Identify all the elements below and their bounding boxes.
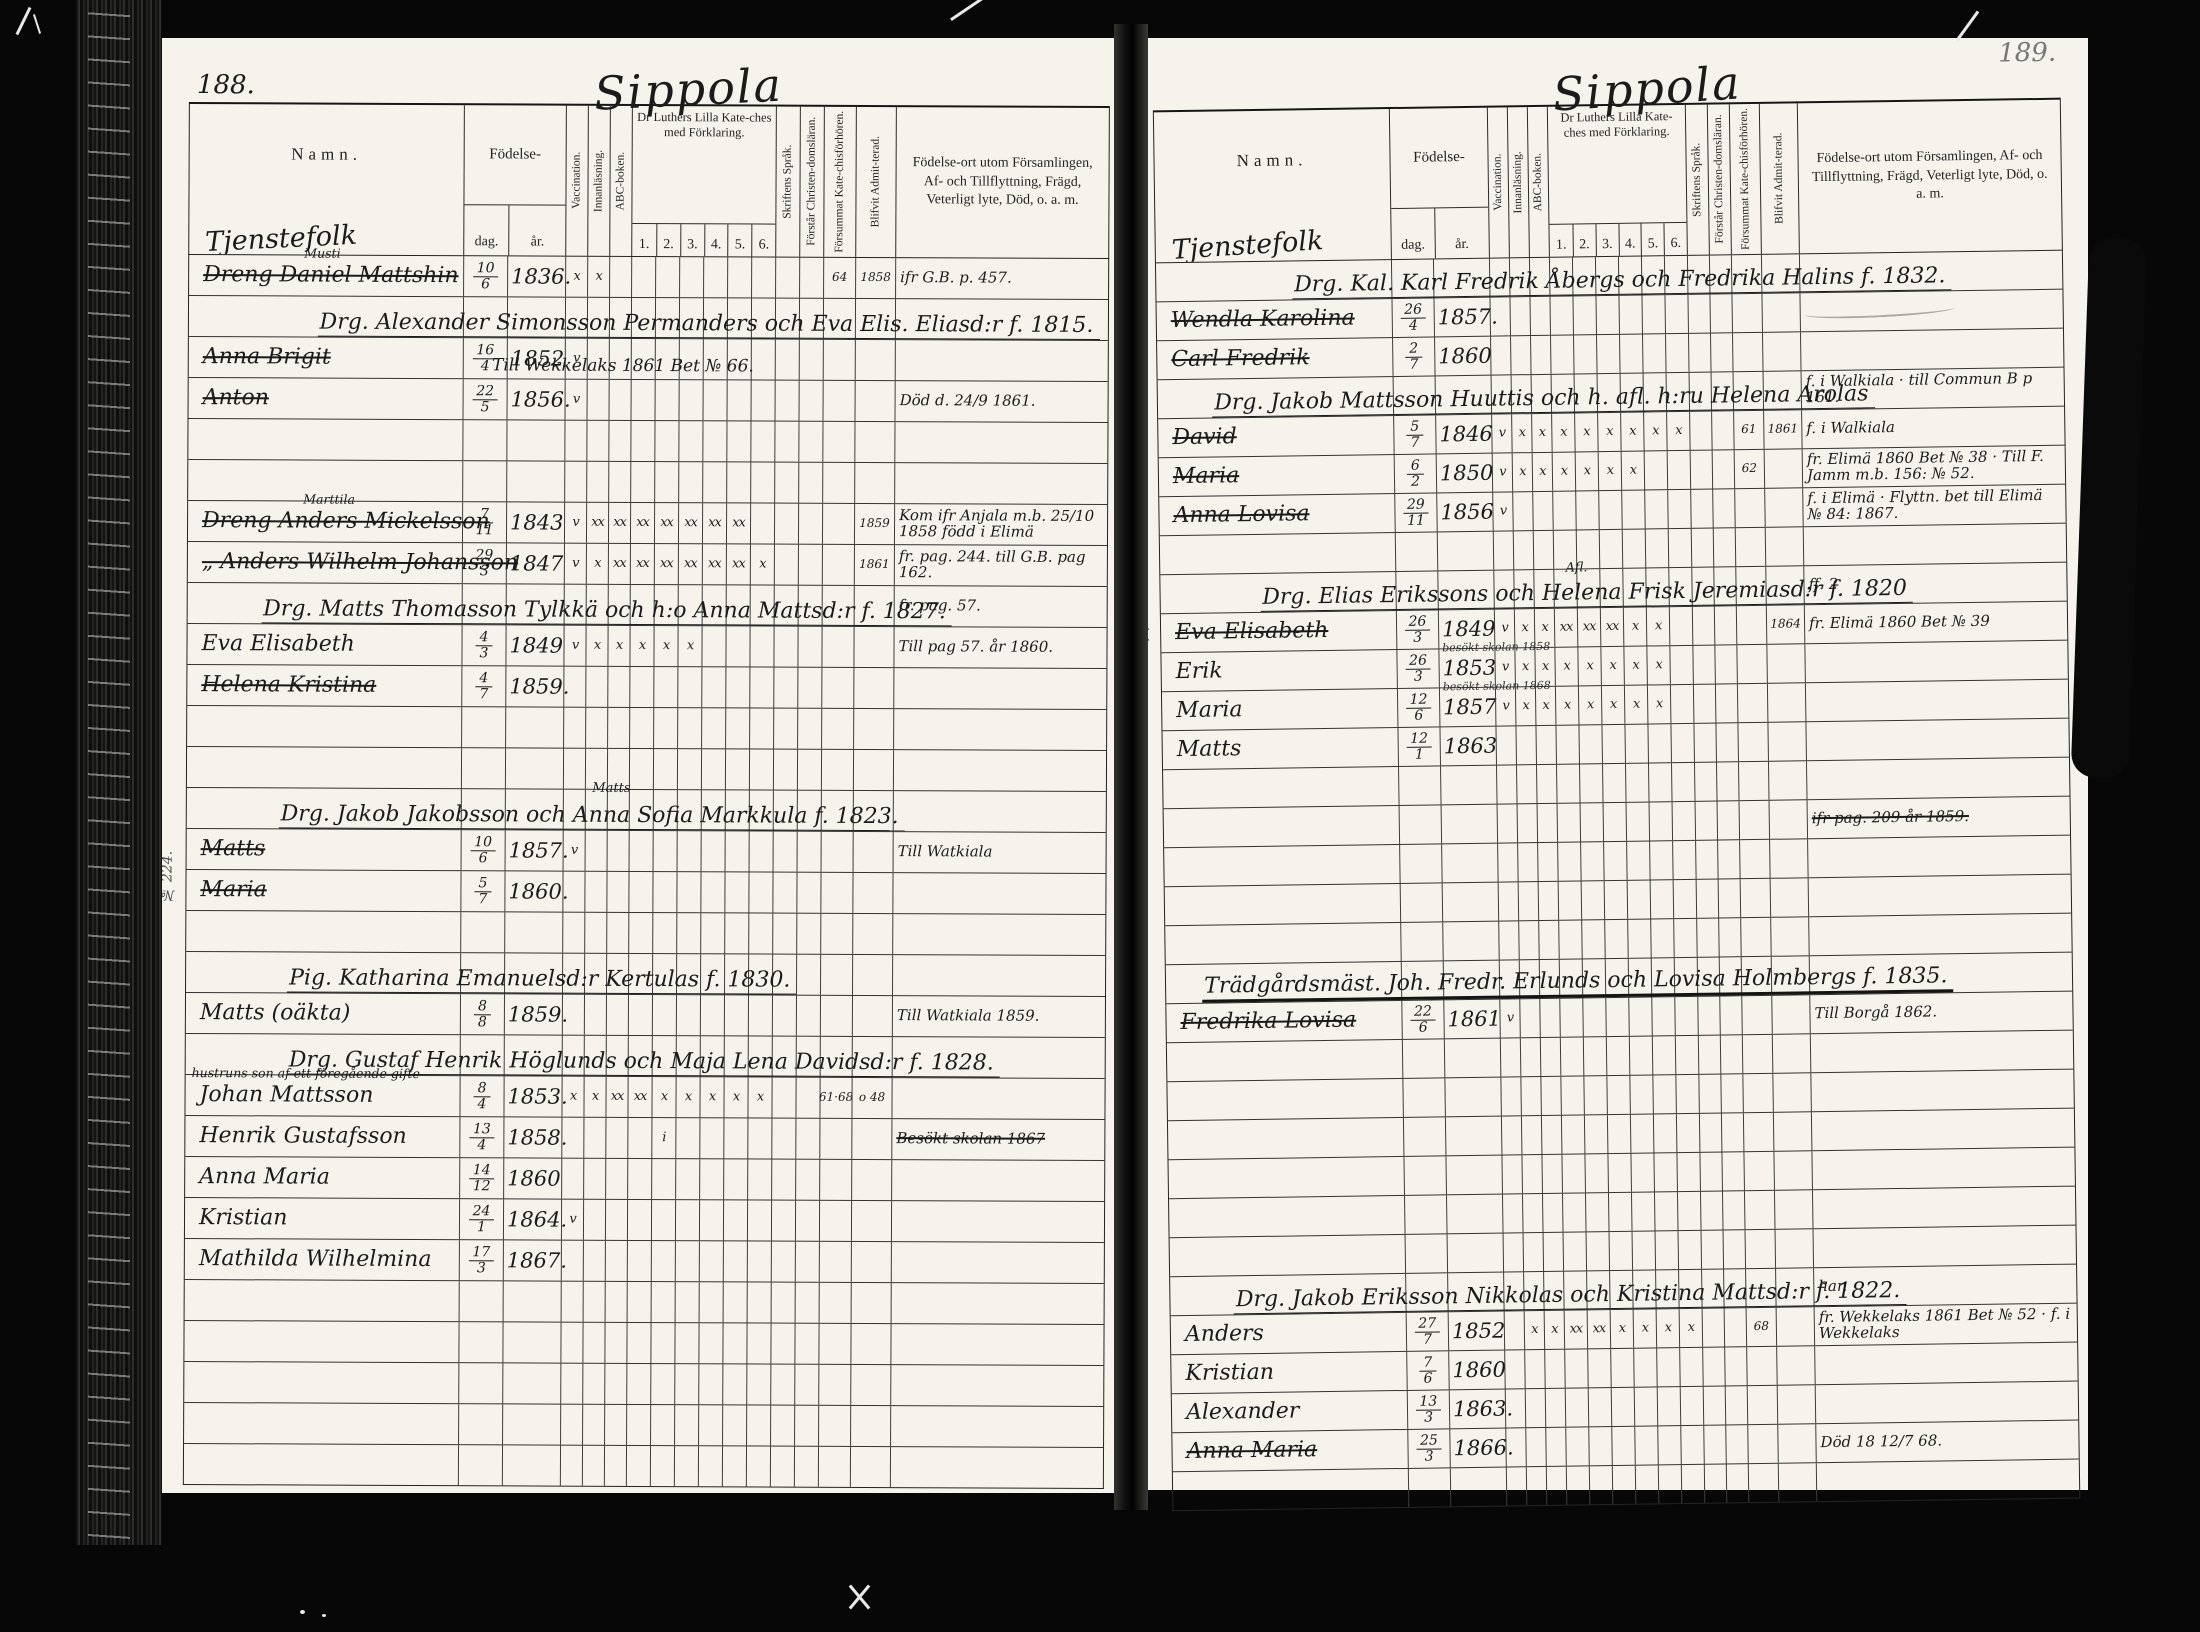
remark-cell: [890, 1406, 1103, 1447]
cell-forsummat: [1742, 1035, 1773, 1073]
birth-day: 26: [1404, 614, 1430, 630]
cell-kateches-4: [698, 1446, 722, 1486]
birth-year: 1859.: [508, 1002, 568, 1026]
cell-skriftens-sprak: [1703, 1425, 1726, 1463]
remark-cell: [1808, 875, 2072, 917]
cell-abc-boken: [1530, 336, 1551, 374]
cell-skriftens-sprak: [1698, 1075, 1721, 1113]
birth-day-fraction: 84: [474, 1081, 491, 1111]
cell-skriftens-sprak: [1689, 412, 1712, 450]
cell-abc-boken: [1529, 297, 1550, 335]
remark-cell: [1811, 1148, 2075, 1190]
cell-vaccination: [1497, 804, 1518, 842]
person-name: Matts: [1162, 730, 1241, 769]
cell-forstar: [796, 873, 820, 913]
family-header-text: Pig. Katharina Emanuelsd:r Kertulas f. 1…: [287, 965, 796, 994]
cell-forsummat: [1741, 996, 1772, 1034]
cell-vaccination: x: [561, 1077, 583, 1117]
cell-kateches-1: [626, 1405, 650, 1445]
cell-admitterad: [855, 340, 895, 380]
cell-kateches-4: [1629, 1075, 1653, 1113]
cell-forstar: [1718, 879, 1741, 917]
birth-year-cell: 1860: [503, 1158, 561, 1198]
cell-kateches-4: [1618, 296, 1642, 334]
birth-day: 13: [469, 1122, 495, 1138]
birth-day-cell: [1398, 766, 1441, 805]
birth-year: 1860: [1452, 1358, 1506, 1383]
birth-day: 8: [474, 999, 491, 1015]
cell-kateches-6: [1677, 1192, 1701, 1230]
cell-forsummat: [822, 545, 854, 585]
name-cell: [1165, 884, 1401, 925]
cell-kateches-3: [1603, 842, 1627, 880]
cell-kateches-1: [1564, 1349, 1588, 1387]
birth-day-cell: 241: [459, 1199, 503, 1239]
birth-year: 1849: [1442, 617, 1496, 642]
cell-admitterad: [1767, 722, 1806, 761]
family-header-row: Drg. Gustaf Henrik Höglunds och Maja Len…: [186, 1034, 1105, 1079]
birth-day-fraction: 62: [1407, 458, 1424, 489]
cell-kateches-2: [1572, 296, 1596, 334]
cell-innanlasning: [583, 1241, 605, 1281]
cell-kateches-6: [747, 1241, 771, 1281]
cell-admitterad: [1767, 683, 1806, 722]
cell-kateches-3: xx: [678, 544, 702, 584]
header-innanlasning: Innanläsning.: [1507, 107, 1529, 257]
cell-vaccination: [1504, 1311, 1525, 1349]
birth-day-cell: 62: [1394, 454, 1437, 493]
cell-kateches-6: [1676, 1114, 1700, 1152]
cell-admitterad: o 48: [851, 1078, 891, 1118]
person-name: Kristian: [185, 1198, 288, 1238]
cell-kateches-2: [1588, 1427, 1612, 1465]
cell-innanlasning: x: [586, 544, 608, 584]
cell-kateches-3: [1602, 764, 1626, 802]
cell-abc-boken: [604, 1364, 626, 1404]
cell-kateches-4: xx: [702, 544, 726, 584]
cell-vaccination: v: [561, 1200, 583, 1240]
birth-day: 14: [469, 1163, 495, 1179]
cell-kateches-5: [1649, 802, 1673, 840]
cell-kateches-6: [1669, 646, 1693, 684]
name-cell: Matts: [1162, 728, 1398, 769]
cell-innanlasning: [583, 1282, 605, 1322]
cell-admitterad: [1772, 1034, 1811, 1073]
cell-admitterad: [1762, 332, 1801, 371]
birth-day-fraction: 253: [1416, 1433, 1442, 1464]
cell-innanlasning: [1510, 336, 1531, 374]
cell-admitterad: [1774, 1190, 1813, 1229]
birth-day: 24: [469, 1204, 495, 1220]
cell-kateches-4: x: [1620, 413, 1644, 451]
birth-year-cell: [503, 1281, 561, 1321]
birth-day-cell: [1395, 532, 1438, 571]
birth-year: 1856.: [511, 387, 571, 411]
cell-kateches-5: [1657, 1387, 1681, 1425]
cell-skriftens-sprak: [771, 1283, 795, 1323]
cell-kateches-6: [1673, 919, 1697, 957]
person-row: Maria571860.: [186, 870, 1105, 915]
cell-vaccination: [561, 1282, 583, 1322]
cell-kateches-4: x: [699, 1077, 723, 1117]
cell-skriftens-sprak: [1702, 1308, 1725, 1346]
cell-innanlasning: [584, 913, 606, 953]
cell-admitterad: 1859: [854, 504, 894, 544]
cell-kateches-4: [1621, 491, 1645, 529]
ledger-page-right: Ref p. 224. Sippola 189. Namn. Tjenstefo…: [1136, 38, 2088, 1490]
birth-year-cell: [502, 1363, 560, 1403]
cell-forsummat: 64: [823, 258, 855, 298]
cell-kateches-2: [1579, 764, 1603, 802]
cell-kateches-5: x: [1647, 685, 1671, 723]
birth-day-cell: [1408, 1468, 1451, 1507]
cell-kateches-4: [699, 1200, 723, 1240]
remark-text: Till Watkiala 1859.: [897, 1008, 1040, 1024]
remark-cell: [890, 1447, 1103, 1488]
cell-kateches-4: [700, 995, 724, 1035]
cell-vaccination: [562, 995, 584, 1035]
header-abc-boken: ABC-boken.: [1527, 107, 1549, 257]
birth-day: 22: [1410, 1004, 1436, 1020]
cell-forsummat: [1745, 1230, 1776, 1268]
kateches-col-5: 5.: [728, 224, 752, 256]
cell-kateches-2: [1583, 1037, 1607, 1075]
cell-abc-boken: x: [1544, 1311, 1565, 1349]
cell-kateches-3: [677, 708, 701, 748]
person-name: Matts (oäkta): [186, 993, 351, 1034]
person-name: Dreng Anders Mickelsson: [188, 501, 490, 542]
cell-kateches-2: x: [651, 1077, 675, 1117]
birth-year-cell: [506, 461, 564, 501]
cell-admitterad: [853, 668, 893, 708]
cell-skriftens-sprak: [1704, 1464, 1727, 1502]
birth-day-cell: 121: [1397, 727, 1440, 766]
birth-year-cell: [1444, 1078, 1501, 1117]
header-namn: Namn.: [190, 144, 464, 165]
person-row: Mathilda Wilhelmina1731867.: [185, 1239, 1104, 1284]
cell-kateches-2: [1588, 1388, 1612, 1426]
header-namn: Namn.: [1154, 149, 1389, 172]
sheet-left: № 224. 188. Sippola Namn. Tjenstefolk Fö…: [157, 36, 1128, 1495]
cell-forsummat: [1738, 762, 1769, 800]
header-kateches-title: Dr Luthers Lilla Kate-ches med Förklarin…: [1548, 105, 1687, 224]
cell-admitterad: [853, 627, 893, 667]
cell-skriftens-sprak: [1688, 334, 1711, 372]
name-cell: [1173, 1469, 1409, 1510]
cell-forstar: [794, 1365, 818, 1405]
cell-kateches-3: [674, 1405, 698, 1445]
remark-text: Besökt skolan 1867: [896, 1131, 1045, 1147]
cell-forsummat: 61·68: [819, 1078, 851, 1118]
birth-year: 1852: [1452, 1319, 1506, 1344]
birth-year-cell: [502, 1322, 560, 1362]
table-header: Namn. Tjenstefolk Födelse- dag. år. Vacc…: [1153, 100, 2063, 264]
cell-forsummat: 62: [1734, 450, 1765, 488]
cell-kateches-5: [725, 626, 749, 666]
birth-day-fraction: 2911: [1403, 497, 1429, 528]
birth-year-cell: [502, 1404, 560, 1444]
cell-kateches-4: [699, 1241, 723, 1281]
kateches-col-6: 6.: [1664, 223, 1687, 255]
cell-innanlasning: [1522, 1194, 1543, 1232]
birth-day-cell: [1403, 1156, 1446, 1195]
cell-forsummat: [1736, 645, 1767, 683]
family-header-text-wrap: Pig. Katharina Emanuelsd:r Kertulas f. 1…: [287, 952, 1103, 996]
cell-kateches-5: [1657, 1426, 1681, 1464]
cell-kateches-6: [749, 749, 773, 789]
cell-innanlasning: [1521, 1155, 1542, 1193]
header-vaccination: Vaccination.: [565, 106, 588, 256]
remark-cell: [894, 422, 1107, 463]
cell-kateches-6: [746, 1405, 770, 1445]
cell-forsummat: [822, 504, 854, 544]
birth-day-fraction: 226: [1410, 1004, 1436, 1035]
cell-skriftens-sprak: [771, 1160, 795, 1200]
birth-day-cell: [1400, 883, 1443, 922]
ledger-rows: MustiDreng Daniel Mattshin1061836.xx6418…: [183, 255, 1109, 1489]
cell-vaccination: [1501, 1116, 1522, 1154]
page-number: 189.: [1998, 38, 2056, 69]
birth-month: 4: [478, 1097, 487, 1112]
cell-kateches-2: [651, 1241, 675, 1281]
cell-forstar: [797, 750, 821, 790]
cell-abc-boken: [1538, 921, 1559, 959]
cell-kateches-1: [1552, 491, 1576, 529]
cell-innanlasning: [583, 1159, 605, 1199]
remark-cell: [891, 1078, 1104, 1119]
cell-kateches-3: [674, 1323, 698, 1363]
cell-admitterad: [1764, 449, 1803, 488]
cell-forsummat: [819, 1242, 851, 1282]
birth-month: 3: [1425, 1449, 1434, 1464]
cell-kateches-6: [1669, 607, 1693, 645]
cell-forstar: [1716, 762, 1739, 800]
cell-kateches-5: [1649, 841, 1673, 879]
cell-kateches-6: [747, 1200, 771, 1240]
birth-day-fraction: 263: [1404, 614, 1430, 645]
cell-forstar: [795, 1242, 819, 1282]
cell-innanlasning: x: [1515, 687, 1536, 725]
header-anmarkningar: Födelse-ort utom Församlingen, Af- och T…: [1797, 100, 2062, 254]
cell-forstar: [1709, 294, 1732, 332]
remark-cell: [1805, 719, 2069, 761]
name-cell: [1164, 806, 1400, 847]
name-cell: [1167, 1079, 1403, 1120]
cell-vaccination: v: [1491, 414, 1512, 452]
cell-kateches-6: [751, 380, 775, 420]
birth-year-cell: 1864.: [503, 1199, 561, 1239]
remark-cell: fr. pag. 244. till G.B. pag 162.: [894, 545, 1107, 586]
cell-forsummat: [822, 422, 854, 462]
remark-text: Till pag 57. år 1860.: [898, 639, 1053, 655]
name-cell: [184, 1362, 458, 1403]
cell-skriftens-sprak: [1700, 1192, 1723, 1230]
cell-skriftens-sprak: [774, 504, 798, 544]
cell-kateches-4: [1619, 335, 1643, 373]
person-name: Mathilda Wilhelmina: [185, 1239, 432, 1280]
birth-year-cell: 1857.: [1433, 298, 1490, 337]
cell-innanlasning: [1523, 1233, 1544, 1271]
birth-year-cell: [504, 912, 562, 952]
cell-forsummat: [1737, 723, 1768, 761]
cell-skriftens-sprak: [773, 668, 797, 708]
header-namn-cell: Namn. Tjenstefolk: [189, 104, 464, 255]
cell-vaccination: [561, 1159, 583, 1199]
cell-kateches-4: [698, 1323, 722, 1363]
cell-skriftens-sprak: [775, 381, 799, 421]
cell-innanlasning: [586, 421, 608, 461]
cell-kateches-1: [628, 872, 652, 912]
remark-cell: [893, 750, 1106, 791]
cell-admitterad: [853, 750, 893, 790]
cell-kateches-1: [1557, 803, 1581, 841]
birth-year-cell: [1447, 1234, 1504, 1273]
cell-kateches-1: [1565, 1388, 1589, 1426]
cell-kateches-4: [1624, 725, 1648, 763]
cell-kateches-2: xx: [654, 503, 678, 543]
name-cell: [188, 419, 462, 460]
header-fodelse: Födelse-: [464, 105, 565, 204]
cell-forsummat: [819, 1201, 851, 1241]
cell-kateches-3: [674, 1446, 698, 1486]
cell-forsummat: [1742, 1074, 1773, 1112]
cell-kateches-4: [1635, 1465, 1659, 1503]
cell-kateches-5: [723, 1241, 747, 1281]
cell-skriftens-sprak: [771, 1078, 795, 1118]
cell-vaccination: [560, 1446, 582, 1486]
cell-admitterad: [850, 1324, 890, 1364]
header-kateches: Dr Luthers Lilla Kate-ches med Förklarin…: [1547, 105, 1687, 257]
birth-day-cell: [458, 1363, 502, 1403]
birth-day-fraction: 264: [1400, 302, 1426, 333]
birth-day: 2: [1405, 341, 1422, 357]
cell-forstar: [797, 627, 821, 667]
name-cell: [1167, 1040, 1403, 1081]
cell-kateches-1: [628, 913, 652, 953]
birth-month: 3: [479, 646, 488, 661]
cell-vaccination: [1502, 1194, 1523, 1232]
cell-kateches-4: [700, 872, 724, 912]
cell-forsummat: [1748, 1464, 1779, 1502]
cell-kateches-2: [1581, 920, 1605, 958]
remark-cell: [892, 873, 1105, 914]
name-cell: [186, 911, 460, 952]
cell-forsummat: [822, 463, 854, 503]
cell-kateches-2: [655, 380, 679, 420]
cell-innanlasning: [1518, 921, 1539, 959]
name-cell: Maria: [1159, 455, 1395, 496]
remark-cell: [893, 668, 1106, 709]
cell-vaccination: [1500, 1077, 1521, 1115]
cell-skriftens-sprak: [773, 627, 797, 667]
cell-forstar: [1724, 1347, 1747, 1385]
header-ar: år.: [1434, 208, 1489, 259]
film-edge-strip: [76, 0, 162, 1545]
cell-kateches-3: [1608, 1193, 1632, 1231]
kateches-col-2: 2.: [656, 224, 680, 256]
cell-kateches-6: [1672, 841, 1696, 879]
cell-kateches-6: [751, 257, 775, 297]
cell-skriftens-sprak: [1691, 529, 1714, 567]
birth-year: 1863: [1444, 734, 1498, 759]
cell-kateches-5: x: [1656, 1309, 1680, 1347]
remark-cell: f. i Walkiala: [1801, 407, 2065, 449]
cell-skriftens-sprak: [770, 1406, 794, 1446]
cell-innanlasning: x: [583, 1077, 605, 1117]
person-row: MustiDreng Daniel Mattshin1061836.xx6418…: [189, 255, 1108, 300]
cell-innanlasning: [1520, 1077, 1541, 1115]
birth-month: 11: [1407, 513, 1425, 528]
cell-kateches-4: [701, 708, 725, 748]
remark-cell: [894, 463, 1107, 504]
cell-abc-boken: [606, 872, 628, 912]
cell-abc-boken: [1538, 882, 1559, 920]
person-name: Anna Brigit: [189, 337, 331, 378]
remark-cell: Till Watkiala 1859.: [892, 996, 1105, 1037]
cell-vaccination: v: [1492, 453, 1513, 491]
name-cell: Henrik Gustafsson: [185, 1116, 459, 1157]
cell-kateches-5: [724, 995, 748, 1035]
birth-year-cell: [1440, 766, 1497, 805]
remark-cell: [891, 1201, 1104, 1242]
cell-vaccination: [1500, 1038, 1521, 1076]
remark-cell: Till Borgå 1862.: [1809, 992, 2073, 1034]
cell-kateches-6: [1680, 1387, 1704, 1425]
birth-day-fraction: 47: [475, 671, 492, 701]
cell-kateches-5: [722, 1323, 746, 1363]
cell-vaccination: [1498, 882, 1519, 920]
birth-year-cell: 1856: [1436, 493, 1493, 532]
birth-day: 26: [1405, 653, 1431, 669]
cell-kateches-5: [726, 462, 750, 502]
cell-kateches-3: x: [675, 1077, 699, 1117]
cell-vaccination: [1495, 726, 1516, 764]
birth-day: 22: [472, 384, 498, 400]
birth-day-cell: [459, 1281, 503, 1321]
cell-admitterad: [1776, 1346, 1815, 1385]
remark-text: Till Watkiala: [898, 844, 993, 860]
cell-kateches-5: [725, 667, 749, 707]
name-cell: MustiDreng Daniel Mattshin: [189, 255, 463, 296]
dust-speck: [322, 1614, 326, 1617]
cell-forstar: [1714, 645, 1737, 683]
cell-innanlasning: [585, 708, 607, 748]
remark-text: fr. Wekkelaks 1861 Bet № 52 · f. i Wekke…: [1819, 1307, 2073, 1342]
cell-forsummat: [1743, 1113, 1774, 1151]
cell-kateches-3: x: [1600, 647, 1624, 685]
cell-kateches-1: x: [629, 626, 653, 666]
person-name: Dreng Daniel Mattshin: [189, 255, 459, 296]
cell-kateches-2: [652, 995, 676, 1035]
cell-kateches-4: [1627, 880, 1651, 918]
birth-year: 1867.: [507, 1248, 567, 1272]
cell-abc-boken: [609, 257, 631, 297]
cell-vaccination: v: [1492, 492, 1513, 530]
cell-kateches-6: [749, 831, 773, 871]
birth-day-fraction: 225: [472, 384, 498, 414]
cell-kateches-2: [1582, 998, 1606, 1036]
remark-text: ifr G.B. p. 457.: [900, 270, 1012, 286]
cell-forsummat: [823, 381, 855, 421]
birth-month: 12: [473, 1179, 491, 1194]
cell-innanlasning: [1517, 843, 1538, 881]
remark-cell: [890, 1365, 1103, 1406]
birth-day-fraction: 277: [1414, 1316, 1440, 1347]
cell-kateches-2: [652, 913, 676, 953]
header-ar: år.: [509, 205, 566, 255]
remark-cell: [1803, 524, 2067, 566]
cell-kateches-6: [1671, 763, 1695, 801]
